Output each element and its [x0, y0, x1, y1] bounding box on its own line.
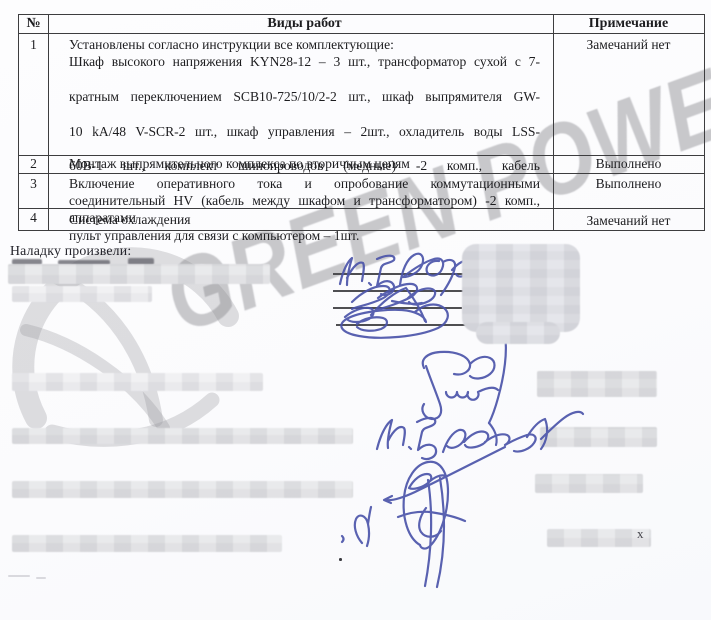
- row-works: Включение оперативного тока и опробовани…: [49, 174, 554, 208]
- redaction-band: [12, 428, 353, 444]
- row-works: Система охлаждения: [49, 209, 554, 230]
- redaction-band: [12, 373, 263, 391]
- table-row: 2 Монтаж выпрямительного комплекса по вт…: [19, 156, 704, 174]
- row-num: 1: [19, 34, 49, 155]
- stray-character: х: [637, 526, 644, 542]
- signature-line: [336, 324, 477, 326]
- scan-noise: [36, 577, 46, 579]
- row-note: Замечаний нет: [554, 34, 703, 155]
- redaction-band: [537, 371, 657, 397]
- row-num: 2: [19, 156, 49, 173]
- scan-noise: [8, 575, 30, 577]
- row-works: Монтаж выпрямительного комплекса по втор…: [49, 156, 554, 173]
- header-num: №: [19, 15, 49, 33]
- works-line: Включение оперативного тока и опробовани…: [69, 175, 540, 210]
- performed-by-label: Наладку произвели:: [10, 243, 131, 259]
- works-line: Монтаж выпрямительного комплекса по втор…: [69, 156, 540, 173]
- signature-line: [333, 290, 470, 292]
- scanned-document-page: GREEN POWER № Виды работ Примечание 1 Ус…: [0, 0, 711, 620]
- table-row: 4 Система охлаждения Замечаний нет: [19, 209, 704, 230]
- redaction-band: [12, 481, 353, 498]
- row-num: 3: [19, 174, 49, 208]
- redaction-band: [12, 535, 282, 552]
- signature-line: [333, 307, 462, 309]
- row-note: Выполнено: [554, 156, 703, 173]
- table-header-row: № Виды работ Примечание: [19, 15, 704, 34]
- work-table: № Виды работ Примечание 1 Установлены со…: [18, 14, 705, 231]
- works-line: 10 kA/48 V-SCR-2 шт., шкаф управления – …: [69, 123, 540, 158]
- row-works: Установлены согласно инструкции все комп…: [49, 34, 554, 155]
- table-row: 1 Установлены согласно инструкции все ко…: [19, 34, 704, 156]
- redaction-blob: [476, 322, 560, 344]
- redaction-band: [540, 427, 657, 447]
- header-works: Виды работ: [49, 15, 554, 33]
- redaction-band: [535, 474, 643, 493]
- works-line: Установлены согласно инструкции все комп…: [69, 36, 540, 53]
- redaction-band: [12, 286, 152, 302]
- signature-ink-bottom: [342, 447, 505, 587]
- works-line: Шкаф высокого напряжения KYN28-12 – 3 шт…: [69, 53, 540, 88]
- table-row: 3 Включение оперативного тока и опробова…: [19, 174, 704, 209]
- row-note: Выполнено: [554, 174, 703, 208]
- row-num: 4: [19, 209, 49, 230]
- works-line: кратным переключением SCB10-725/10/2-2 ш…: [69, 88, 540, 123]
- works-line: Система охлаждения: [69, 209, 540, 228]
- period-mark: [339, 558, 342, 561]
- redaction-band: [8, 264, 270, 284]
- redaction-band: [547, 529, 651, 547]
- row-note: Замечаний нет: [554, 209, 703, 230]
- header-note: Примечание: [554, 15, 703, 33]
- redaction-blob: [462, 244, 580, 332]
